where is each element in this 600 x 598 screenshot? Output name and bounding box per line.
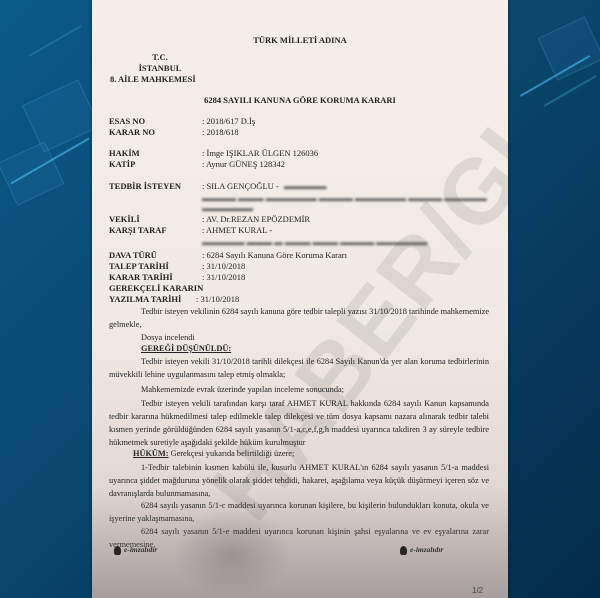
field-value: : 31/10/2018 (202, 272, 245, 282)
nation-heading: TÜRK MİLLETİ ADINA (92, 35, 508, 45)
redacted-address: ▬▬▬▬▬ ▬▬▬ ▬ ▬▬▬ ▬▬▬ ▬▬▬▬ ▬▬▬▬▬▬ (202, 237, 427, 247)
bg-shape (0, 141, 64, 206)
field-value: : İmge IŞIKLAR ÜLGEN 126036 (202, 148, 318, 158)
field-label: DAVA TÜRÜ (109, 250, 157, 260)
paragraph: Tedbir isteyen vekilinin 6284 sayılı kan… (109, 305, 489, 331)
court-document: HABER/GLOBAL TÜRK MİLLETİ ADINA T.C. İST… (92, 0, 508, 598)
field-value: : AHMET KURAL - (202, 225, 272, 235)
section-heading: GEREĞİ DÜŞÜNÜLDÜ: (109, 342, 489, 355)
bg-line (544, 75, 597, 107)
heading-text: HÜKÜM: (133, 449, 169, 458)
field-label: KARAR TARİHİ (109, 272, 173, 282)
field-value: : SILA GENÇOĞLU - (202, 181, 279, 191)
field-label: TALEP TARİHİ (109, 261, 169, 271)
field-value: : 2018/617 D.İş (202, 116, 255, 126)
field-value: : 31/10/2018 (202, 261, 245, 271)
shadow-overlay (172, 508, 292, 598)
field-label: GEREKÇELİ KARARIN (109, 283, 203, 293)
heading-text: GEREĞİ DÜŞÜNÜLDÜ: (141, 344, 231, 353)
section-heading: HÜKÜM: Gerekçesi yukarıda belirtildiği ü… (109, 447, 489, 460)
field-value: : 31/10/2018 (196, 294, 239, 304)
city-heading: İSTANBUL (120, 63, 200, 73)
page-number: 1/2 (472, 586, 483, 596)
field-label: HAKİM (109, 148, 140, 158)
heading-rest: Gerekçesi yukarıda belirtildiği üzere; (169, 449, 295, 458)
paragraph: Mahkememizde evrak üzerinde yapılan ince… (109, 383, 489, 396)
redacted-address: ▬▬▬▬▬▬ (202, 203, 253, 213)
court-name: 8. AİLE MAHKEMESİ (110, 74, 196, 84)
field-label: TEDBİR İSTEYEN (109, 181, 181, 191)
field-value: : Aynur GÜNEŞ 128342 (202, 159, 285, 169)
document-title: 6284 SAYILI KANUNA GÖRE KORUMA KARARI (92, 95, 508, 105)
field-label: ESAS NO (109, 116, 145, 126)
field-value: : 2018/618 (202, 127, 239, 137)
redacted-text: ▬▬▬▬▬ (284, 181, 327, 191)
bg-shape (538, 16, 600, 81)
paragraph: Tedbir isteyen vekili 31/10/2018 tarihli… (109, 355, 489, 381)
field-value: : 6284 Sayılı Kanuna Göre Koruma Kararı (202, 250, 347, 260)
tc-heading: T.C. (120, 52, 200, 62)
field-label: YAZILMA TARİHİ (109, 294, 181, 304)
paragraph: Tedbir isteyen vekili tarafından karşı t… (109, 397, 489, 449)
field-label: VEKİLİ (109, 214, 140, 224)
bg-shape (22, 79, 100, 152)
field-value: : AV. Dr.REZAN EPÖZDEMİR (202, 214, 310, 224)
field-label: KARŞI TARAF (109, 225, 167, 235)
field-label: KARAR NO (109, 127, 155, 137)
redacted-address: ▬▬▬▬ ▬▬▬ ▬▬▬▬▬▬ ▬▬▬▬ ▬▬▬▬▬▬ ▬▬▬▬ ▬▬▬▬▬ (202, 193, 487, 203)
shadow-overlay (92, 488, 508, 598)
bg-line (29, 25, 82, 57)
field-label: KATİP (109, 159, 135, 169)
